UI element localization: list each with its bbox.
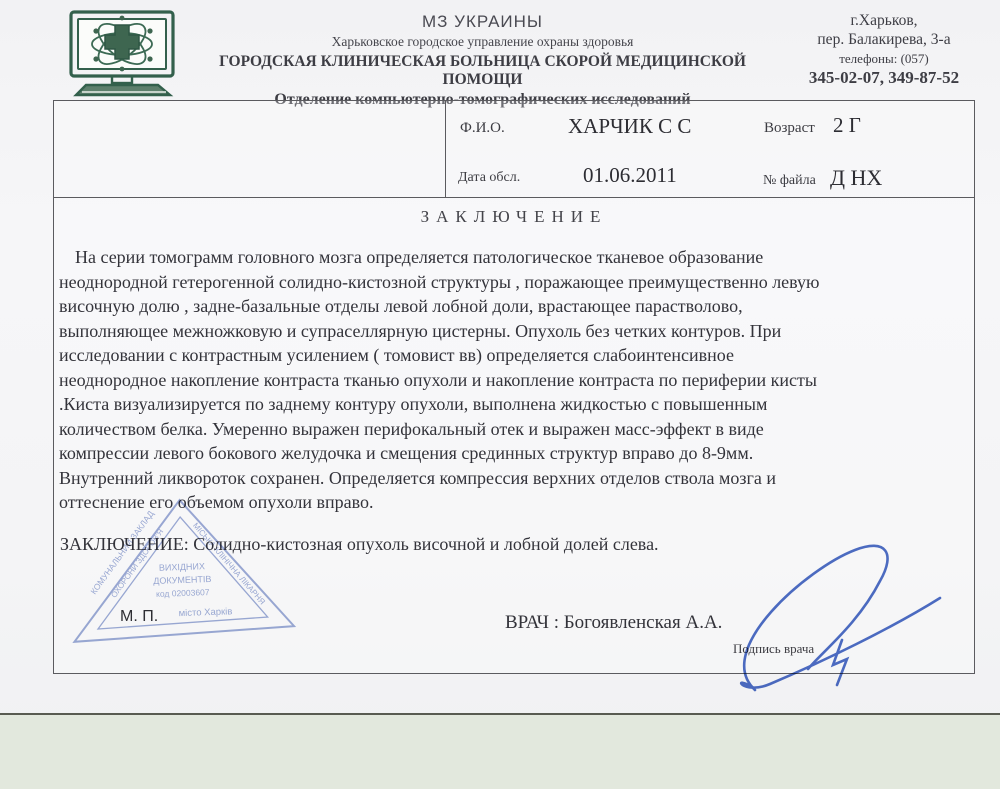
report-heading: ЗАКЛЮЧЕНИЕ <box>53 207 975 227</box>
patient-age-label: Возраст <box>764 120 815 137</box>
doctor-signature <box>690 538 952 708</box>
stamp-center-line1: ВИХІДНИХ <box>159 561 205 573</box>
patient-block-divider-horizontal <box>53 197 975 198</box>
exam-date-value: 01.06.2011 <box>583 163 677 188</box>
hospital-name-line: ГОРОДСКАЯ КЛИНИЧЕСКАЯ БОЛЬНИЦА СКОРОЙ МЕ… <box>190 53 775 89</box>
report-text-line: выполняющее межножковую и супраселлярную… <box>59 319 989 344</box>
patient-name-value: ХАРЧИК С С <box>568 114 691 139</box>
ministry-line: МЗ УКРАИНЫ <box>190 12 775 32</box>
scan-bottom-strip <box>0 713 1000 789</box>
stamp-center-line3: код 02003607 <box>156 587 210 599</box>
report-text-line: компрессии левого бокового желудочка и с… <box>59 441 989 466</box>
scanned-medical-report: МЗ УКРАИНЫ Харьковское городское управле… <box>0 0 1000 789</box>
triangular-stamp: КОМУНАЛЬНИЙ ЗАКЛАД ОХОРОНИ ЗДОРОВ'Я МІСЬ… <box>63 492 300 648</box>
report-text-line: На серии томограмм головного мозга опред… <box>59 245 989 270</box>
report-text-line: Внутренний ликвороток сохранен. Определя… <box>59 466 989 491</box>
hospital-ct-logo-icon <box>66 9 184 103</box>
patient-block-divider-vertical <box>445 100 446 197</box>
contact-phones: 345-02-07, 349-87-52 <box>778 68 990 88</box>
stamp-center-line2: ДОКУМЕНТІВ <box>153 574 211 586</box>
header-org-block: МЗ УКРАИНЫ Харьковское городское управле… <box>190 12 775 109</box>
report-text-line: височную долю , задне-базальные отделы л… <box>59 294 989 319</box>
city-health-dept-line: Харьковское городское управление охраны … <box>190 34 775 50</box>
header-contact-block: г.Харьков, пер. Балакирева, 3-а телефоны… <box>778 12 990 88</box>
contact-city: г.Харьков, <box>778 12 990 30</box>
exam-date-label: Дата обсл. <box>458 170 520 186</box>
report-body: На серии томограмм головного мозга опред… <box>59 245 989 515</box>
report-text-line: неоднородной гетерогенной солидно-кистоз… <box>59 270 989 295</box>
report-text-line: неоднородное накопление контраста тканью… <box>59 368 989 393</box>
contact-street: пер. Балакирева, 3-а <box>778 31 990 49</box>
patient-age-value: 2 Г <box>833 113 861 138</box>
report-text-line: исследовании с контрастным усилением ( т… <box>59 343 989 368</box>
patient-name-label: Ф.И.О. <box>460 120 505 137</box>
report-text-line: количеством белка. Умеренно выражен пери… <box>59 417 989 442</box>
report-text-line: .Киста визуализируется по заднему контур… <box>59 392 989 417</box>
stamp-bottom-text: місто Харків <box>178 606 232 619</box>
contact-phones-label: телефоны: (057) <box>778 51 990 67</box>
stamp-place-label: М. П. <box>120 608 158 626</box>
file-number-value: Д НХ <box>830 165 882 191</box>
file-number-label: № файла <box>763 173 816 189</box>
